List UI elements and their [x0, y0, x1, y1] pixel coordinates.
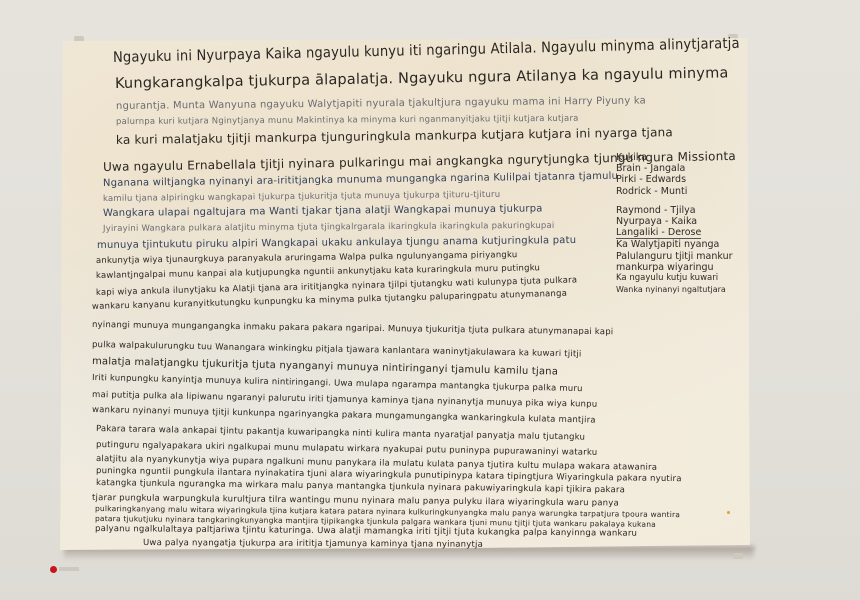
wall-label-stub	[59, 567, 79, 571]
name-entry: Nyurpaya - Kaika	[616, 216, 741, 227]
name-entry: Rodrick - Munti	[616, 186, 741, 197]
note-line: Ka ngayulu kutju kuwari	[616, 273, 741, 284]
name-entry: Pirki - Edwards	[616, 174, 741, 185]
name-entry: Langaliki - Derose	[616, 227, 701, 239]
note-line: mankurpa wiyaringu	[616, 262, 741, 273]
note-line: Wanka nyinanyi ngaltutjara	[616, 284, 741, 295]
name-entry: Brain - Jangala	[616, 163, 741, 174]
name-entry: Raymond - Tjilya	[616, 205, 741, 216]
text-line: Uwa palya nyangatja tjukurpa ara irititj…	[143, 538, 483, 550]
red-sold-dot	[50, 566, 57, 573]
note-line: Ka Walytjapiti nyanga	[616, 239, 741, 250]
paper-mark	[727, 511, 730, 514]
family-names-box: Kukika Brain - Jangala Pirki - Edwards R…	[616, 152, 741, 292]
bottom-right-pin	[733, 553, 743, 559]
note-line: Palulanguru tjitji mankur	[616, 251, 741, 262]
name-entry: Kukika	[616, 152, 741, 163]
spacer	[616, 197, 741, 205]
